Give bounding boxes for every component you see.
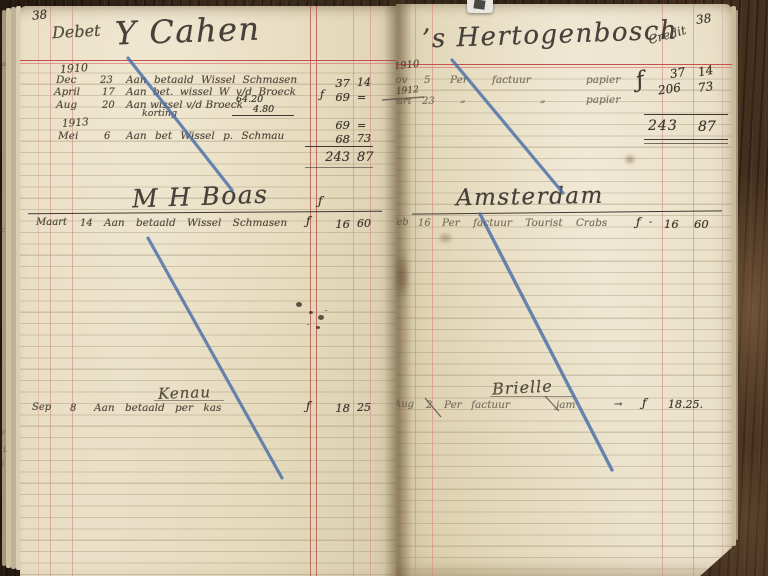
amount-guilders: 69: [318, 90, 350, 104]
amount-cents: 60: [694, 217, 709, 231]
amount-cents: =: [357, 91, 366, 104]
total-cents: 87: [357, 150, 374, 165]
account-title: M H Boas: [132, 180, 269, 214]
amount-guilders: 16: [664, 217, 679, 231]
margin-pencil-mark: (: [2, 460, 5, 468]
title-underline: [154, 400, 224, 401]
sub-sum-line: [232, 115, 294, 116]
entry-desc: Per factuur Tourist Crabs: [442, 217, 607, 229]
entry-desc: Aan betaald per kas: [94, 402, 221, 414]
margin-pencil-mark: c: [1, 226, 5, 234]
entry-month: Sep: [32, 402, 51, 413]
amount-cents: 60: [357, 217, 371, 230]
florin-sign: ƒ: [642, 396, 646, 410]
entry-day: 23: [100, 75, 113, 86]
entry-month: Aug: [56, 99, 77, 111]
page-number: 38: [31, 7, 48, 23]
column-rule: [316, 6, 317, 576]
margin-pencil-mark: a: [2, 60, 6, 68]
total-line: [305, 146, 373, 147]
entry-note: korting: [142, 108, 177, 119]
page-number: 38: [695, 11, 712, 27]
ledger-right-page: 38 Credit ’s Hertogenbosch 1910 Nov 5 Pe…: [396, 4, 732, 576]
ditto-mark: „: [460, 92, 466, 105]
florin-sign: ƒ: [636, 215, 640, 229]
total-line: [644, 139, 728, 140]
title-underline: [490, 396, 574, 397]
total-line: [644, 114, 728, 115]
amount-guilders: 69: [318, 118, 350, 132]
total-line: [305, 167, 373, 168]
stain: [626, 156, 634, 163]
amount-cents: 14: [697, 63, 714, 79]
entry-desc: factuur: [492, 74, 531, 86]
bookmark-tab-mark: [473, 0, 485, 10]
amount-guilders: 16: [318, 217, 350, 231]
column-rule: [310, 6, 311, 576]
page-edge-strip: [736, 10, 738, 540]
entry-day: 2: [426, 400, 432, 411]
entry-desc: papier: [586, 94, 620, 106]
amount-value: 18.25.: [668, 398, 703, 411]
stain: [440, 234, 451, 242]
entry-day: 23: [422, 96, 435, 107]
entry-desc: Per: [450, 74, 468, 86]
amount-cents: 14: [357, 76, 371, 89]
margin-pencil-mark: c: [2, 428, 6, 436]
column-rule: [432, 4, 433, 576]
account-title: Y Cahen: [114, 9, 261, 52]
amount-cents: 73: [357, 132, 371, 145]
amount-guilders: 37: [669, 65, 686, 81]
column-rule: [370, 6, 371, 576]
entry-day: 5: [424, 75, 430, 86]
ledger-photograph: a c c L ( 38 Debet Y Cahen 1910 Dec 23 A…: [0, 0, 768, 576]
entry-day: 8: [70, 403, 76, 414]
sub-amount: 4.80: [253, 104, 274, 115]
entry-month: Mei: [58, 130, 78, 142]
ruled-lines: [396, 68, 732, 576]
entry-desc: Aan betaald Wissel Schmasen: [126, 74, 297, 86]
entry-day: 17: [102, 87, 115, 98]
entry-day: 20: [102, 100, 115, 111]
account-title: ’s Hertogenbosch: [422, 16, 679, 55]
entry-day: 16: [418, 218, 431, 229]
total-guilders: 243: [648, 118, 678, 134]
entry-desc: jam: [556, 399, 575, 411]
ditto-mark: „: [540, 92, 546, 105]
entry-month: Dec: [56, 74, 77, 86]
entry-month: Aug: [394, 399, 414, 410]
margin-pencil-mark: L: [3, 446, 8, 454]
ledger-left-page: 38 Debet Y Cahen 1910 Dec 23 Aan betaald…: [20, 6, 398, 576]
column-rule: [722, 4, 723, 576]
florin-sign: ƒ: [318, 194, 322, 208]
total-cents: 87: [698, 119, 716, 135]
entry-desc: Aan bet Wissel p. Schmau: [126, 130, 284, 142]
column-rule: [38, 6, 39, 576]
account-title: Amsterdam: [456, 183, 604, 212]
amount-cents: 73: [697, 79, 714, 95]
column-rule: [693, 4, 694, 576]
entry-month: April: [54, 86, 80, 98]
amount-cents: 25: [357, 401, 371, 414]
entry-desc: Aan betaald Wissel Schmasen: [104, 217, 287, 229]
entry-desc: Per factuur: [444, 399, 510, 411]
amount-dash: -: [649, 217, 652, 228]
debet-label: Debet: [52, 21, 101, 43]
column-rule: [50, 6, 51, 576]
bookmark-tab: [467, 0, 493, 13]
amount-cents: =: [357, 119, 366, 132]
amount-guilders: 18: [318, 401, 350, 415]
florin-sign: ƒ: [306, 399, 310, 413]
entry-day: 14: [80, 218, 93, 229]
entry-day: 6: [104, 131, 110, 142]
florin-sign: ƒ: [306, 214, 310, 228]
entry-month: Maart: [36, 217, 67, 228]
amount-guilders: 68: [318, 132, 350, 146]
entry-desc: papier: [586, 74, 620, 86]
stain: [394, 250, 410, 302]
entry-year: 1913: [62, 116, 90, 130]
arrow-mark: →: [614, 399, 622, 410]
entry-desc: Aan bet. wissel W v/d Broeck: [126, 86, 296, 98]
column-rule: [353, 6, 354, 576]
total-guilders: 243: [310, 150, 350, 165]
total-line: [644, 143, 728, 144]
ink-blot: [296, 302, 302, 307]
